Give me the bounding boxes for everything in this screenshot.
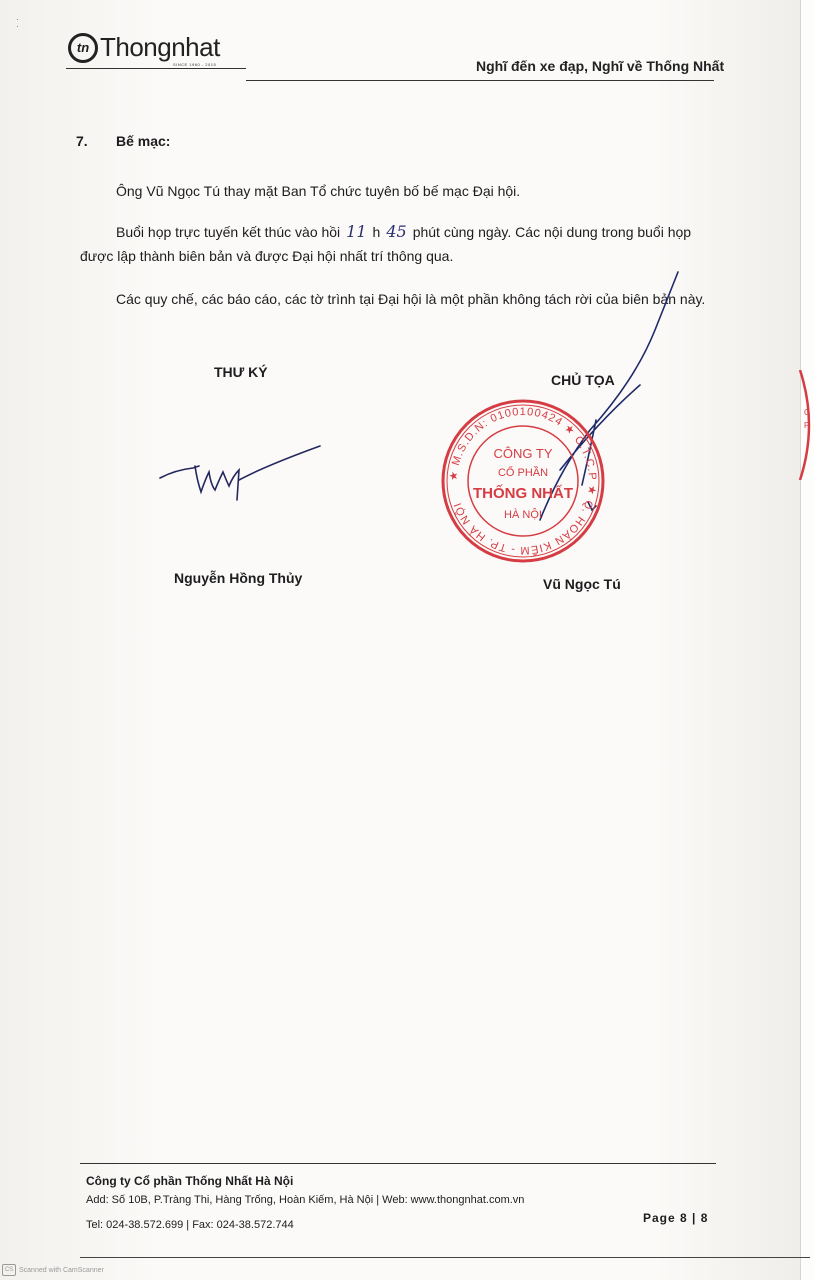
handwritten-minute: 45 [380, 222, 412, 241]
company-logo: tn Thongnhat [68, 32, 220, 63]
handwritten-hour: 11 [340, 222, 372, 241]
stamp-ring-text: ★ M.S.D.N: 0100100424 ★ C.T.C.P ★ Q. HOÀ… [448, 406, 598, 557]
page-edge [800, 0, 814, 1280]
section-number: 7. [76, 133, 88, 149]
scanner-watermark: CS Scanned with CamScanner [2, 1264, 104, 1276]
logo-text: Thongnhat [100, 32, 220, 63]
secretary-title: THƯ KÝ [214, 364, 268, 380]
footer-company: Công ty Cổ phần Thống Nhất Hà Nội [86, 1174, 293, 1188]
svg-text:P: P [804, 421, 809, 430]
chair-name: Vũ Ngọc Tú [543, 576, 621, 592]
adjacent-stamp-fragment: C P [796, 370, 814, 480]
scan-artifact: ·· [16, 16, 19, 30]
end-time-text: Buổi họp trực tuyến kết thúc vào hồi [116, 224, 340, 240]
logo-mark-icon: tn [68, 33, 98, 63]
svg-text:C: C [804, 408, 810, 417]
footer-rule [80, 1257, 810, 1258]
footer-address: Add: Số 10B, P.Tràng Thi, Hàng Trống, Ho… [86, 1194, 524, 1206]
header-rule [66, 68, 246, 69]
secretary-signature [155, 440, 330, 515]
paragraph-end-time: Buổi họp trực tuyến kết thúc vào hồi11h4… [116, 222, 728, 242]
svg-text:★ M.S.D.N: 0100100424 ★ C.T.C.: ★ M.S.D.N: 0100100424 ★ C.T.C.P ★ Q. HOÀ… [448, 406, 598, 557]
camscanner-icon: CS [2, 1264, 16, 1276]
stamp-line4: HÀ NỘI [504, 508, 542, 521]
footer-rule [80, 1163, 716, 1164]
footer-contact: Tel: 024-38.572.699 | Fax: 024-38.572.74… [86, 1219, 294, 1231]
header-tagline: Nghĩ đến xe đạp, Nghĩ về Thống Nhất [476, 58, 724, 74]
page-number: Page 8 | 8 [643, 1211, 708, 1225]
stamp-line2: CỔ PHẦN [498, 466, 548, 479]
company-stamp: ★ M.S.D.N: 0100100424 ★ C.T.C.P ★ Q. HOÀ… [440, 398, 606, 564]
paragraph-end-time-line2: được lập thành biên bản và được Đại hội … [80, 246, 453, 266]
scanner-text: Scanned with CamScanner [19, 1267, 104, 1274]
stamp-line3: THỐNG NHẤT [473, 484, 573, 502]
paragraph-closing-announcement: Ông Vũ Ngọc Tú thay mặt Ban Tổ chức tuyê… [116, 181, 520, 201]
header-rule [246, 80, 714, 81]
section-title: Bế mạc: [116, 133, 170, 149]
end-time-text-after: phút cùng ngày. Các nội dung trong buổi … [413, 224, 691, 240]
secretary-name: Nguyễn Hồng Thủy [174, 570, 302, 586]
logo-since: SINCE 1960 - 2015 [173, 62, 216, 67]
stamp-line1: CÔNG TY [494, 446, 553, 461]
